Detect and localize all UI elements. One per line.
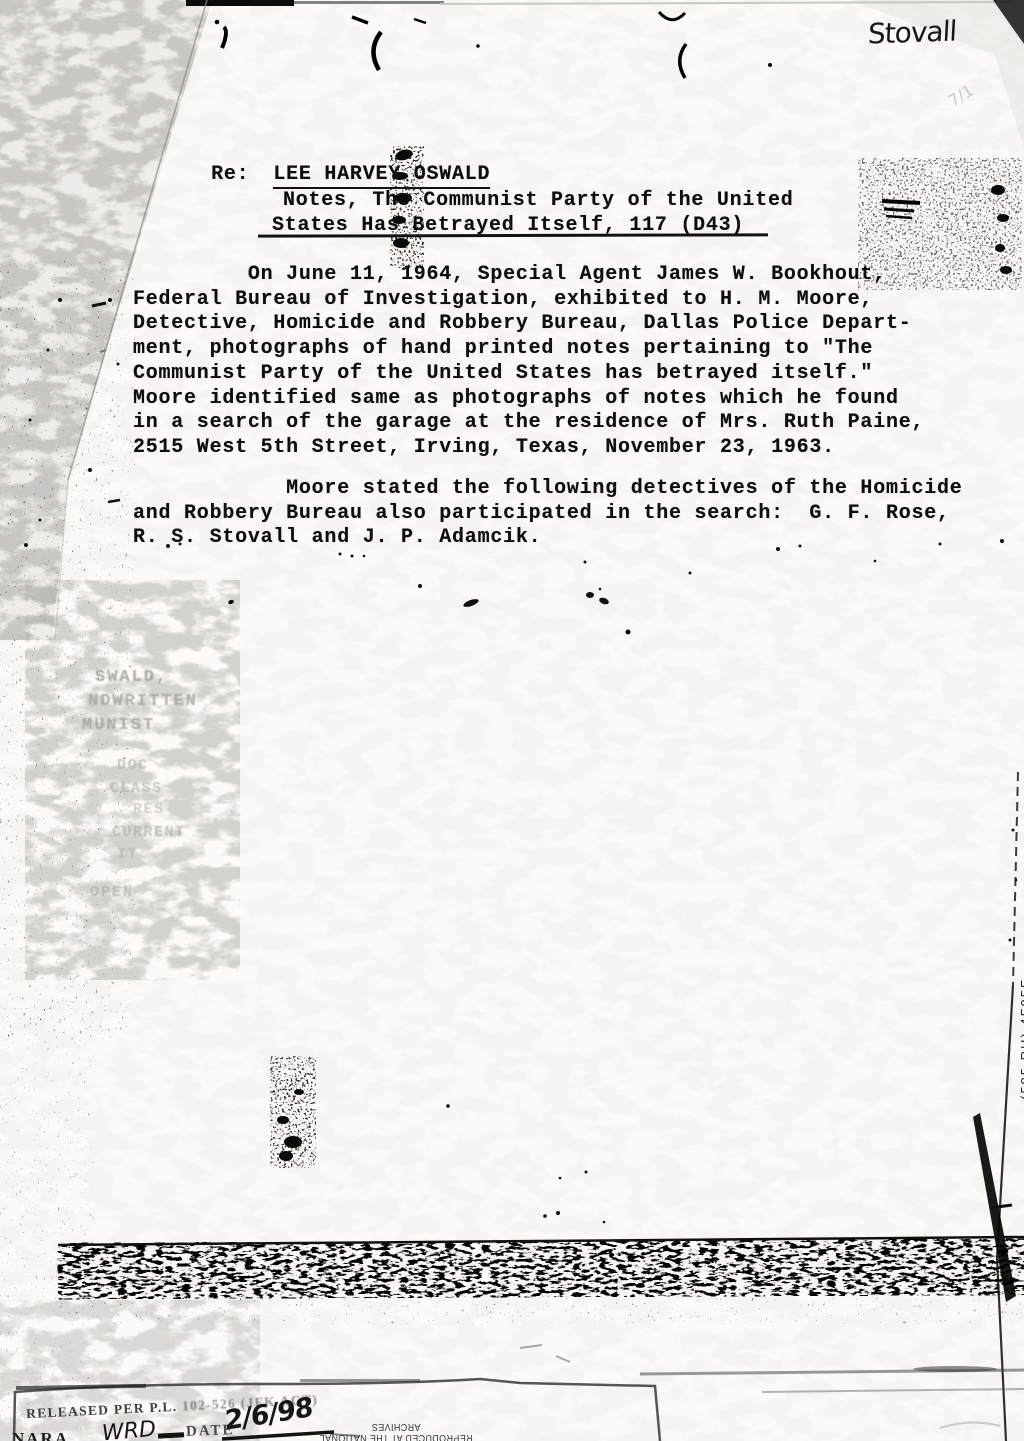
handwritten-name: Stovall: [867, 14, 957, 50]
page-right-edge-line: (505 RH) 4F05F: [973, 772, 1024, 1441]
faded-stamp-fragment: RES: [133, 801, 165, 818]
reproduced-at-archives-text: REPRODUCED AT THE NATIONAL ARCHIVES: [314, 1421, 478, 1441]
body-paragraph-2: Moore stated the following detectives of…: [133, 477, 963, 551]
re-label: Re:: [211, 163, 249, 186]
pen-stroke-diagonal: [973, 1113, 1016, 1302]
margin-pen-ticks: [92, 303, 120, 502]
title-line-1: Notes, The Communist Party of the United: [283, 189, 793, 214]
faded-stamp-fragment: IT: [117, 846, 138, 863]
mid-page-ink-streak: [270, 1056, 316, 1168]
faded-stamp-fragment: OPEN: [90, 884, 134, 901]
faded-stamp-fragment: MUNIST: [82, 716, 155, 735]
edge-text-fragment: (505 RH) 4F05F: [1018, 978, 1024, 1100]
left-margin-speckle: [0, 260, 135, 1040]
re-subject-name: LEE HARVEY OSWALD: [273, 163, 490, 189]
handwritten-page-mark: 7/1: [945, 81, 977, 111]
faded-stamp-fragment: NDWRITTEN: [88, 692, 198, 711]
left-lower-speckle: [0, 1000, 95, 1430]
faded-stamp-fragment: CLASS: [110, 780, 163, 797]
faded-stamp-fragment: DOC: [117, 757, 149, 774]
below-band-speckle: [55, 1298, 1024, 1324]
faded-stamp-fragment: CURRENT: [112, 824, 186, 841]
body-paragraph-1: On June 11, 1964, Special Agent James W.…: [133, 263, 924, 461]
faded-stamp-fragment: SWALD,: [95, 668, 168, 687]
scanned-document-page: Stovall 7/1 Re:LEE HARVEY OSWALD Notes, …: [0, 0, 1024, 1441]
noise-band: [58, 1237, 1024, 1299]
handwritten-initials: WRD: [101, 1417, 157, 1441]
bottom-stamp-box-and-streaks: [14, 1345, 1024, 1441]
nara-stamp: NARA: [12, 1429, 69, 1441]
